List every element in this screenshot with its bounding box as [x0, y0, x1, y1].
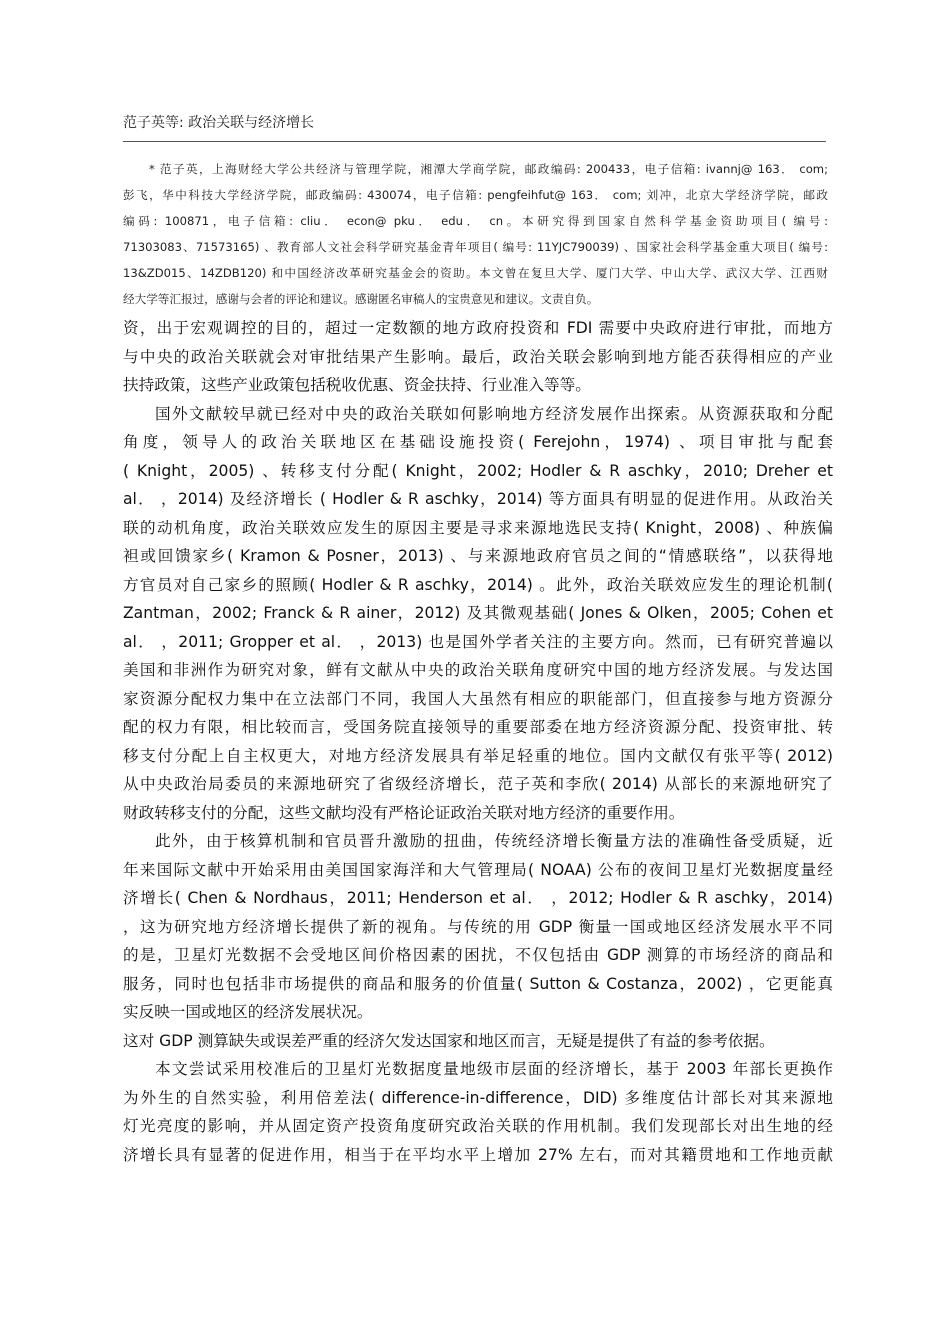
body-line: 财政转移支付的分配，这些文献均没有严格论证政治关联对地方经济的重要作用。 — [123, 799, 833, 828]
body-line: 角度，领导人的政治关联地区在基础设施投资( Ferejohn，1974) 、项目… — [123, 428, 833, 457]
body-line: al． ，2011; Gropper et al． ，2013) 也是国外学者关… — [123, 628, 833, 657]
body-line: 灯光亮度的影响，并从固定资产投资角度研究政治关联的作用机制。我们发现部长对出生地… — [123, 1112, 833, 1141]
body-line: 移支付分配上自主权更大，对地方经济发展具有举足轻重的地位。国内文献仅有张平等( … — [123, 742, 833, 771]
body-line: 国外文献较早就已经对中央的政治关联如何影响地方经济发展作出探索。从资源获取和分配 — [123, 400, 833, 429]
footnote-line: 编码: 100871，电子信箱: cliu． econ@ pku． edu． c… — [123, 208, 828, 234]
body-line: 方官员对自己家乡的照顾( Hodler & R aschky，2014) 。此外… — [123, 571, 833, 600]
body-line: 袒或回馈家乡( Kramon & Posner，2013) 、与来源地政府官员之… — [123, 542, 833, 571]
body-line: ，这为研究地方经济增长提供了新的视角。与传统的用 GDP 衡量一国或地区经济发展… — [123, 913, 833, 942]
header-rule — [123, 141, 826, 142]
body-line: 年来国际文献中开始采用由美国国家海洋和大气管理局( NOAA) 公布的夜间卫星灯… — [123, 856, 833, 885]
body-line: 此外，由于核算机制和官员晋升激励的扭曲，传统经济增长衡量方法的准确性备受质疑，近 — [123, 827, 833, 856]
body-text: 资，出于宏观调控的目的，超过一定数额的地方政府投资和 FDI 需要中央政府进行审… — [123, 314, 833, 1169]
body-line: 联的动机角度，政治关联效应发生的原因主要是寻求来源地选民支持( Knight，2… — [123, 514, 833, 543]
body-line: 美国和非洲作为研究对象，鲜有文献从中央的政治关联角度研究中国的地方经济发展。与发… — [123, 656, 833, 685]
body-line: 服务，同时也包括非市场提供的商品和服务的价值量( Sutton & Costan… — [123, 970, 833, 999]
body-line: 与中央的政治关联就会对审批结果产生影响。最后，政治关联会影响到地方能否获得相应的… — [123, 343, 833, 372]
body-line: ( Knight，2005) 、转移支付分配( Knight，2002; Hod… — [123, 457, 833, 486]
body-line: 济增长( Chen & Nordhaus，2011; Henderson et … — [123, 884, 833, 913]
footnote-line: 经大学等汇报过，感谢与会者的评论和建议。感谢匿名审稿人的宝贵意见和建议。文责自负… — [123, 286, 828, 312]
body-line: 扶持政策，这些产业政策包括税收优惠、资金扶持、行业准入等等。 — [123, 371, 833, 400]
body-line: 为外生的自然实验，利用倍差法( difference-in-difference… — [123, 1084, 833, 1113]
body-line: 这对 GDP 测算缺失或误差严重的经济欠发达国家和地区而言，无疑是提供了有益的参… — [123, 1027, 833, 1056]
body-line: 实反映一国或地区的经济发展状况。 — [123, 998, 833, 1027]
body-line: 济增长具有显著的促进作用，相当于在平均水平上增加 27% 左右，而对其籍贯地和工… — [123, 1141, 833, 1170]
running-head: 范子英等: 政治关联与经济增长 — [123, 113, 314, 133]
body-line: 本文尝试采用校准后的卫星灯光数据度量地级市层面的经济增长，基于 2003 年部长… — [123, 1055, 833, 1084]
footnote-line: 彭飞，华中科技大学经济学院，邮政编码: 430074，电子信箱: pengfei… — [123, 182, 828, 208]
footnote-line: 71303083、71573165) 、教育部人文社会科学研究基金青年项目( 编… — [123, 234, 828, 260]
author-footnote: * 范子英，上海财经大学公共经济与管理学院，湘潭大学商学院，邮政编码: 2004… — [123, 156, 828, 312]
footnote-line: 13&ZD015、14ZDB120) 和中国经济改革研究基金会的资助。本文曾在复… — [123, 260, 828, 286]
body-line: al． ，2014) 及经济增长 ( Hodler & R aschky，201… — [123, 485, 833, 514]
body-line: 的是，卫星灯光数据不会受地区间价格因素的困扰，不仅包括由 GDP 测算的市场经济… — [123, 941, 833, 970]
body-line: Zantman，2002; Franck & R ainer，2012) 及其微… — [123, 599, 833, 628]
body-line: 配的权力有限，相比较而言，受国务院直接领导的重要部委在地方经济资源分配、投资审批… — [123, 713, 833, 742]
body-line: 资，出于宏观调控的目的，超过一定数额的地方政府投资和 FDI 需要中央政府进行审… — [123, 314, 833, 343]
body-line: 从中央政治局委员的来源地研究了省级经济增长，范子英和李欣( 2014) 从部长的… — [123, 770, 833, 799]
body-line: 家资源分配权力集中在立法部门不同，我国人大虽然有相应的职能部门，但直接参与地方资… — [123, 685, 833, 714]
footnote-line: * 范子英，上海财经大学公共经济与管理学院，湘潭大学商学院，邮政编码: 2004… — [123, 156, 828, 182]
